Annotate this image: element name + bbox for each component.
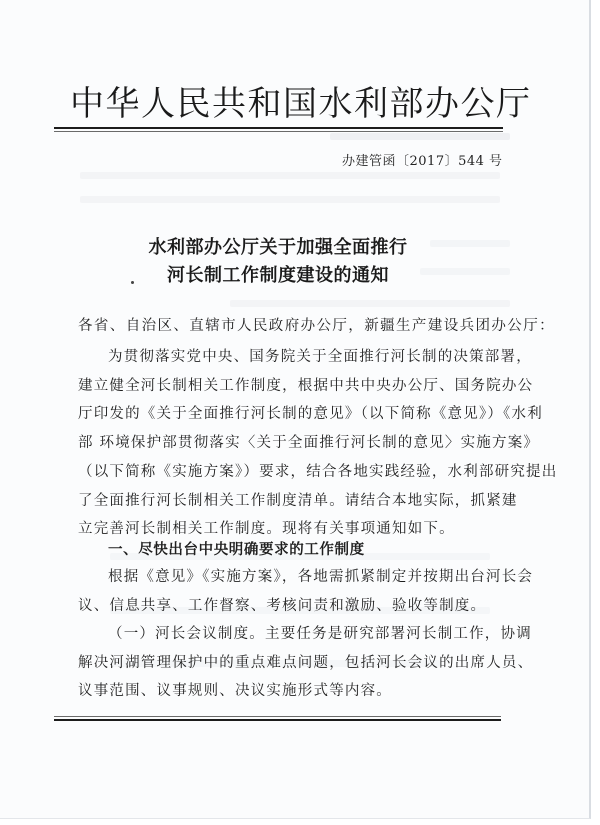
footer-rule-thin [54,716,501,717]
paragraph-line: 部 环境保护部贯彻落实〈关于全面推行河长制的意见〉实施方案》 [78,429,518,458]
bleed-through-mark [330,133,510,140]
document-title-line-2: 河长制工作制度建设的通知 [0,261,556,287]
intro-paragraph: 为贯彻落实党中央、国务院关于全面推行河长制的决策部署， 建立健全河长制相关工作制… [78,343,518,544]
paragraph-line: 了全面推行河长制相关工作制度清单。请结合本地实际，抓紧建 [78,487,518,516]
paragraph-line: 解决河湖管理保护中的重点难点问题，包括河长会议的出席人员、 [78,649,518,678]
salutation: 各省、自治区、直辖市人民政府办公厅，新疆生产建设兵团办公厅： [78,314,555,335]
paragraph-line: 议、信息共享、工作督察、考核问责和激励、验收等制度。 [78,592,518,621]
paragraph-line: 根据《意见》《实施方案》，各地需抓紧制定并按期出台河长会 [78,563,518,592]
bleed-through-mark [230,300,510,307]
issuer-masthead: 中华人民共和国水利部办公厅 [70,82,500,126]
paragraph-line: 建立健全河长制相关工作制度，根据中共中央办公厅、国务院办公 [78,372,518,401]
paragraph-line: （一）河长会议制度。主要任务是研究部署河长制工作，协调 [78,620,518,649]
paragraph-line: 为贯彻落实党中央、国务院关于全面推行河长制的决策部署， [78,343,518,372]
footer-rule-thick [54,719,501,721]
masthead-rule-thick [54,127,503,129]
bleed-through-mark [80,172,500,179]
section-heading-1: 一、尽快出台中央明确要求的工作制度 [108,538,365,559]
masthead-rule-thin [54,131,503,132]
paragraph-line: 议事范围、议事规则、决议实施形式等内容。 [78,677,518,706]
section-1-paragraph: 根据《意见》《实施方案》，各地需抓紧制定并按期出台河长会 议、信息共享、工作督察… [78,563,518,620]
bleed-through-mark [80,196,500,203]
paragraph-line: （以下简称《实施方案》）要求，结合各地实践经验，水利部研究提出 [78,458,518,487]
subsection-1-paragraph: （一）河长会议制度。主要任务是研究部署河长制工作，协调 解决河湖管理保护中的重点… [78,620,518,706]
scanned-page: 中华人民共和国水利部办公厅 办建管函〔2017〕544 号 水利部办公厅关于加强… [0,0,591,819]
scan-speck [131,281,134,284]
document-number: 办建管函〔2017〕544 号 [342,150,503,169]
paragraph-line: 厅印发的《关于全面推行河长制的意见》（以下简称《意见》）《水利 [78,400,518,429]
document-title-line-1: 水利部办公厅关于加强全面推行 [0,233,556,259]
